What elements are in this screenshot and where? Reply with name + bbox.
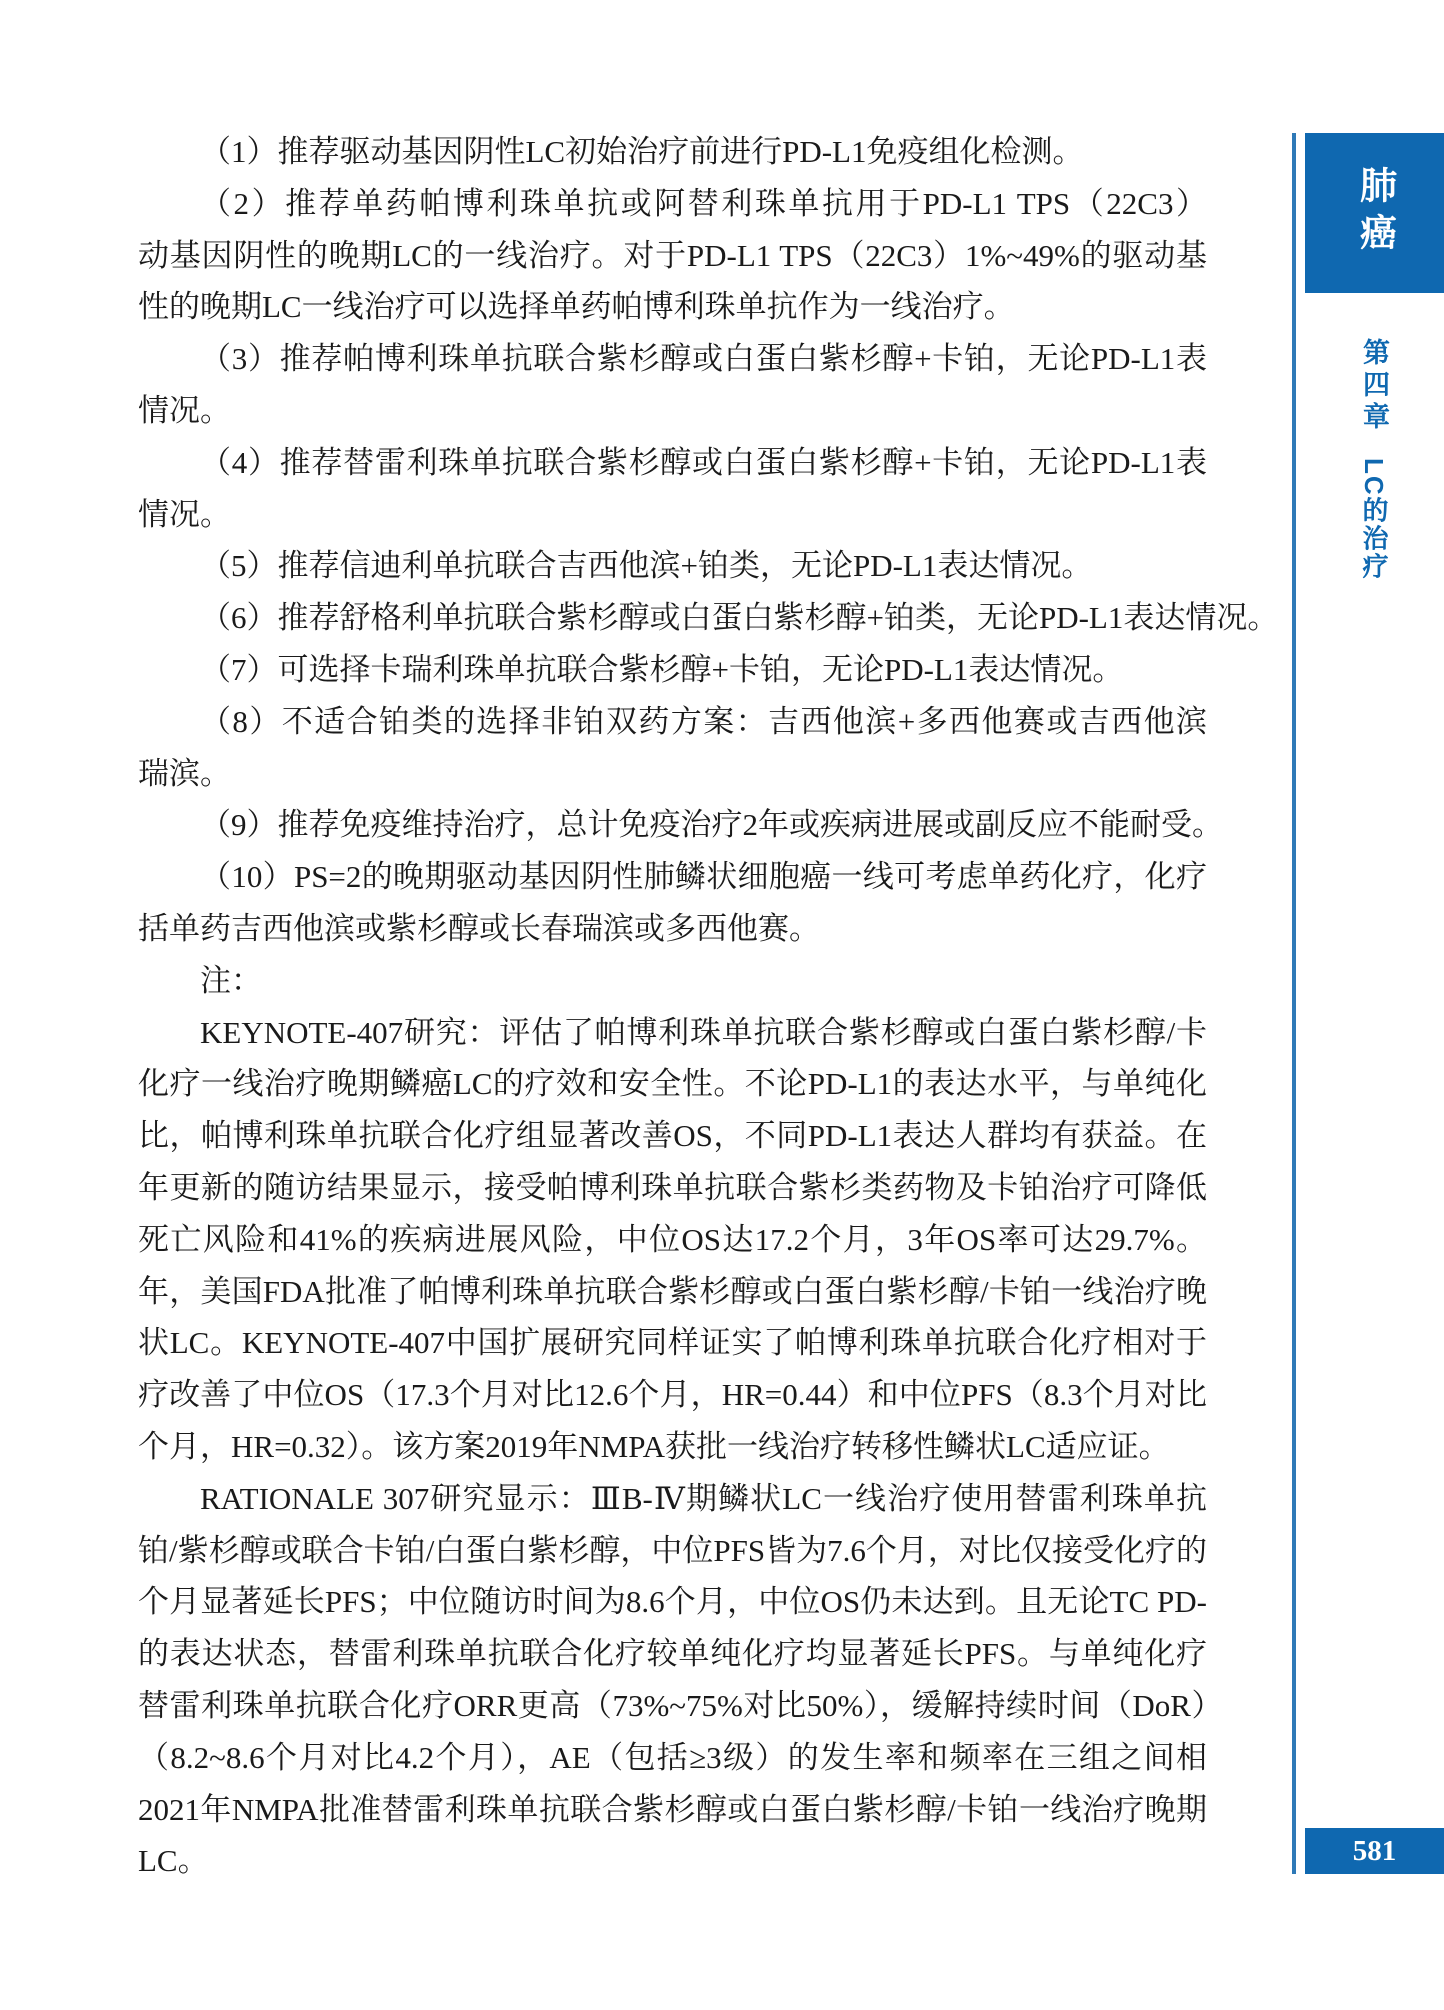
chapter-title-vertical: 第四章 LC的治疗 bbox=[1305, 338, 1444, 581]
text-line: 性的晚期LC一线治疗可以选择单药帕博利珠单抗作为一线治疗。 bbox=[138, 281, 1207, 333]
text-line: （4）推荐替雷利珠单抗联合紫杉醇或白蛋白紫杉醇+卡铂，无论PD-L1表达 bbox=[138, 437, 1207, 489]
text-line: （2）推荐单药帕博利珠单抗或阿替利珠单抗用于PD-L1 TPS（22C3）≥50… bbox=[138, 178, 1207, 230]
text-line: （1）推荐驱动基因阴性LC初始治疗前进行PD-L1免疫组化检测。 bbox=[138, 126, 1207, 178]
text-line: 疗改善了中位OS（17.3个月对比12.6个月，HR=0.44）和中位PFS（8… bbox=[138, 1369, 1207, 1421]
text-line: 的表达状态，替雷利珠单抗联合化疗较单纯化疗均显著延长PFS。与单纯化疗相比， bbox=[138, 1628, 1207, 1680]
text-line: 化疗一线治疗晚期鳞癌LC的疗效和安全性。不论PD-L1的表达水平，与单纯化疗相 bbox=[138, 1058, 1207, 1110]
text-line: （5）推荐信迪利单抗联合吉西他滨+铂类，无论PD-L1表达情况。 bbox=[138, 540, 1207, 592]
text-line: 年更新的随访结果显示，接受帕博利珠单抗联合紫杉类药物及卡铂治疗可降低29% bbox=[138, 1162, 1207, 1214]
text-line: （6）推荐舒格利单抗联合紫杉醇或白蛋白紫杉醇+铂类，无论PD-L1表达情况。 bbox=[138, 592, 1207, 644]
page-number-box: 581 bbox=[1305, 1828, 1444, 1874]
text-line: 情况。 bbox=[138, 489, 1207, 541]
text-line: （9）推荐免疫维持治疗，总计免疫治疗2年或疾病进展或副反应不能耐受。 bbox=[138, 799, 1207, 851]
text-line: 情况。 bbox=[138, 385, 1207, 437]
page-number: 581 bbox=[1353, 1835, 1397, 1868]
text-line: （10）PS=2的晚期驱动基因阴性肺鳞状细胞癌一线可考虑单药化疗，化疗方案包 bbox=[138, 851, 1207, 903]
document-page: { "page": { "number": "581" }, "colors":… bbox=[0, 0, 1444, 2010]
text-line: 替雷利珠单抗联合化疗ORR更高（73%~75%对比50%），缓解持续时间（DoR… bbox=[138, 1680, 1207, 1732]
text-line: 注： bbox=[138, 955, 1207, 1007]
body-text: （1）推荐驱动基因阴性LC初始治疗前进行PD-L1免疫组化检测。（2）推荐单药帕… bbox=[138, 126, 1207, 1887]
text-line: （8）不适合铂类的选择非铂双药方案：吉西他滨+多西他赛或吉西他滨+长春 bbox=[138, 696, 1207, 748]
text-line: 括单药吉西他滨或紫杉醇或长春瑞滨或多西他赛。 bbox=[138, 903, 1207, 955]
text-line: 2021年NMPA批准替雷利珠单抗联合紫杉醇或白蛋白紫杉醇/卡铂一线治疗晚期鳞状 bbox=[138, 1784, 1207, 1836]
text-line: （7）可选择卡瑞利珠单抗联合紫杉醇+卡铂，无论PD-L1表达情况。 bbox=[138, 644, 1207, 696]
text-line: （8.2~8.6个月对比4.2个月），AE（包括≥3级）的发生率和频率在三组之间… bbox=[138, 1732, 1207, 1784]
text-line: 个月显著延长PFS；中位随访时间为8.6个月，中位OS仍未达到。且无论TC PD… bbox=[138, 1576, 1207, 1628]
chapter-tab: 肺癌 bbox=[1305, 133, 1444, 293]
text-line: （3）推荐帕博利珠单抗联合紫杉醇或白蛋白紫杉醇+卡铂，无论PD-L1表达 bbox=[138, 333, 1207, 385]
text-line: 比，帕博利珠单抗联合化疗组显著改善OS，不同PD-L1表达人群均有获益。在202… bbox=[138, 1110, 1207, 1162]
text-line: 铂/紫杉醇或联合卡铂/白蛋白紫杉醇，中位PFS皆为7.6个月，对比仅接受化疗的5… bbox=[138, 1525, 1207, 1577]
chapter-tab-label: 肺癌 bbox=[1348, 166, 1402, 260]
text-line: 个月，HR=0.32）。该方案2019年NMPA获批一线治疗转移性鳞状LC适应证… bbox=[138, 1421, 1207, 1473]
text-line: 瑞滨。 bbox=[138, 748, 1207, 800]
sidebar-rule bbox=[1292, 133, 1296, 1874]
text-line: RATIONALE 307研究显示：ⅢB-Ⅳ期鳞状LC一线治疗使用替雷利珠单抗联… bbox=[138, 1473, 1207, 1525]
text-line: 年，美国FDA批准了帕博利珠单抗联合紫杉醇或白蛋白紫杉醇/卡铂一线治疗晚期鳞 bbox=[138, 1266, 1207, 1318]
chapter-name-label: LC的治疗 bbox=[1356, 458, 1393, 581]
text-line: LC。 bbox=[138, 1835, 1207, 1887]
chapter-number-label: 第四章 bbox=[1355, 338, 1394, 434]
text-line: 动基因阴性的晚期LC的一线治疗。对于PD-L1 TPS（22C3）1%~49%的… bbox=[138, 230, 1207, 282]
text-line: 死亡风险和41%的疾病进展风险，中位OS达17.2个月，3年OS率可达29.7%… bbox=[138, 1214, 1207, 1266]
text-line: KEYNOTE-407研究：评估了帕博利珠单抗联合紫杉醇或白蛋白紫杉醇/卡铂对比 bbox=[138, 1007, 1207, 1059]
text-line: 状LC。KEYNOTE-407中国扩展研究同样证实了帕博利珠单抗联合化疗相对于单… bbox=[138, 1317, 1207, 1369]
